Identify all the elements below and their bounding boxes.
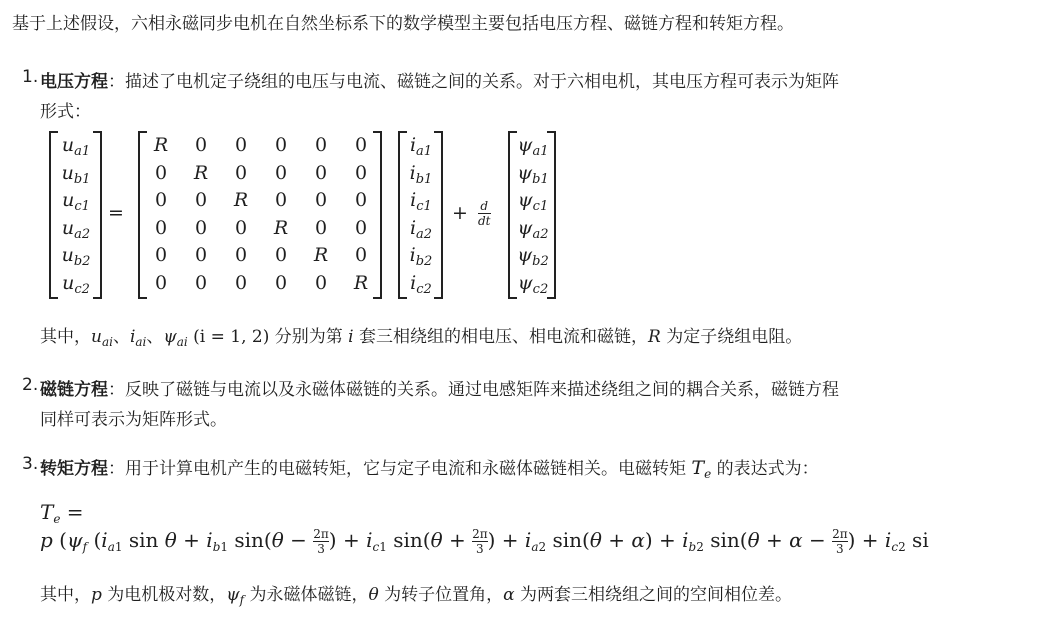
matrix-cell: 0 (261, 160, 301, 188)
voltage-vector: ua1 ub1 uc1 ua2 ub2 uc2 (55, 132, 97, 297)
vec-entry: ua2 (55, 215, 97, 243)
bracket-right (547, 131, 556, 299)
vec-entry: ub1 (55, 160, 97, 188)
matrix-cell: R (141, 132, 181, 160)
vec-entry: uc2 (55, 270, 97, 298)
te-symbol: Te (691, 457, 711, 479)
intro-paragraph: 基于上述假设，六相永磁同步电机在自然坐标系下的数学模型主要包括电压方程、磁链方程… (12, 9, 794, 34)
matrix-cell: 0 (181, 132, 221, 160)
item-text-line2: 形式： (40, 97, 91, 122)
voltage-note: 其中，uai、iai、ψai (i = 1, 2) 分别为第 i 套三相绕组的相… (40, 322, 802, 349)
matrix-cell: 0 (301, 270, 341, 298)
matrix-cell: 0 (181, 242, 221, 270)
matrix-cell: 0 (141, 187, 181, 215)
matrix-cell: 0 (301, 160, 341, 188)
matrix-cell: R (221, 187, 261, 215)
derivative-operator: ddt (478, 200, 491, 227)
list-number: 2. (22, 375, 38, 395)
torque-eq-lhs: Te = (40, 500, 84, 526)
torque-eq-rhs: p (ψf (ia1 sin θ + ib1 sin(θ − 2π3) + ic… (40, 528, 940, 555)
bracket-right (373, 131, 382, 299)
item-text-line2: 同样可表示为矩阵形式。 (40, 405, 227, 430)
plus-sign: + (452, 200, 468, 228)
matrix-cell: 0 (261, 187, 301, 215)
matrix-cell: 0 (221, 160, 261, 188)
equals-sign: = (108, 200, 124, 228)
matrix-cell: 0 (141, 242, 181, 270)
matrix-cell: 0 (301, 215, 341, 243)
matrix-cell: 0 (141, 270, 181, 298)
vec-entry: ub2 (55, 242, 97, 270)
matrix-cell: R (261, 215, 301, 243)
matrix-cell: 0 (221, 242, 261, 270)
item-title: 电压方程 (40, 72, 108, 92)
list-number: 3. (22, 454, 38, 474)
matrix-cell: 0 (301, 132, 341, 160)
matrix-cell: 0 (221, 270, 261, 298)
resistance-matrix: R 0 0 0 0 0 0 R 0 0 0 0 0 0 R 0 0 0 0 0 … (141, 132, 381, 297)
item-title: 磁链方程 (40, 380, 108, 400)
matrix-cell: 0 (221, 132, 261, 160)
item-text: ：描述了电机定子绕组的电压与电流、磁链之间的关系。对于六相电机，其电压方程可表示… (108, 72, 839, 92)
item-text: ：用于计算电机产生的电磁转矩，它与定子电流和永磁体磁链相关。电磁转矩 (108, 459, 691, 479)
matrix-cell: R (301, 242, 341, 270)
matrix-cell: 0 (221, 215, 261, 243)
matrix-cell: 0 (181, 187, 221, 215)
matrix-cell: 0 (261, 132, 301, 160)
matrix-cell: 0 (181, 215, 221, 243)
item-text: ：反映了磁链与电流以及永磁体磁链的关系。通过电感矩阵来描述绕组之间的耦合关系，磁… (108, 380, 839, 400)
matrix-cell: 0 (301, 187, 341, 215)
matrix-cell: R (181, 160, 221, 188)
item-line: 电压方程：描述了电机定子绕组的电压与电流、磁链之间的关系。对于六相电机，其电压方… (40, 67, 839, 92)
matrix-cell: 0 (181, 270, 221, 298)
item-title: 转矩方程 (40, 459, 108, 479)
vec-entry: uc1 (55, 187, 97, 215)
vec-entry: ua1 (55, 132, 97, 160)
frac-den: dt (478, 215, 491, 227)
list-number: 1. (22, 67, 38, 87)
frac-num: d (480, 200, 488, 212)
matrix-cell: 0 (261, 270, 301, 298)
matrix-cell: 0 (141, 215, 181, 243)
matrix-cell: 0 (261, 242, 301, 270)
torque-note: 其中，p 为电机极对数，ψf 为永磁体磁链，θ 为转子位置角，α 为两套三相绕组… (40, 580, 792, 607)
bracket-right (93, 131, 102, 299)
matrix-cell: 0 (141, 160, 181, 188)
bracket-right (434, 131, 443, 299)
